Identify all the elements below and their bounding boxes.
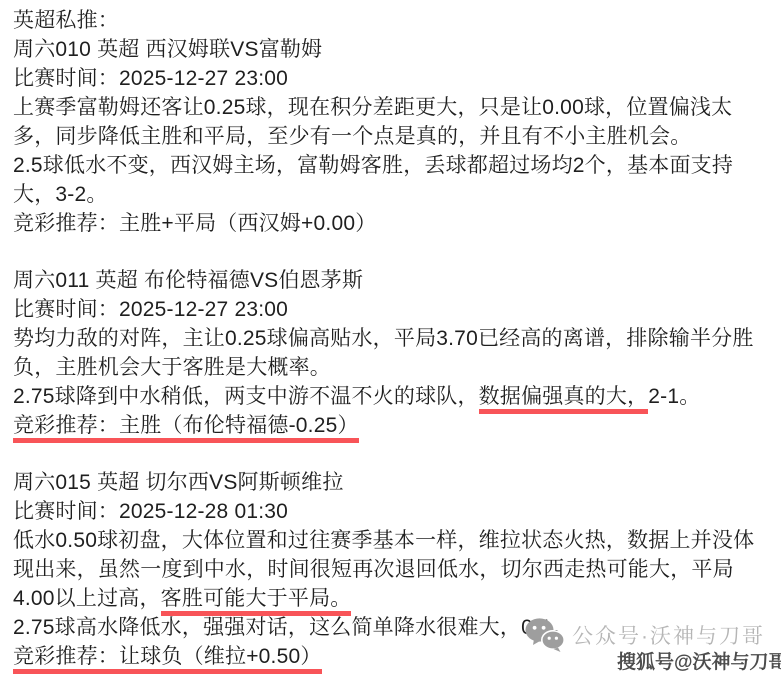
match-recommendation: 竞彩推荐：主胜（布伦特福德-0.25） bbox=[13, 411, 770, 440]
highlighted-recommendation: 竞彩推荐：让球负（维拉+0.50） bbox=[13, 645, 322, 674]
highlighted-recommendation: 竞彩推荐：主胜（布伦特福德-0.25） bbox=[13, 414, 359, 443]
match-analysis: 上赛季富勒姆还客让0.25球，现在积分差距更大，只是让0.00球，位置偏浅太多，… bbox=[13, 93, 770, 151]
match-section-010: 周六010 英超 西汉姆联VS富勒姆 比赛时间：2025-12-27 23:00… bbox=[13, 35, 770, 238]
match-section-011: 周六011 英超 布伦特福德VS伯恩茅斯 比赛时间：2025-12-27 23:… bbox=[13, 266, 770, 440]
wechat-watermark-text: 公众号·沃神与刀哥 bbox=[572, 620, 765, 650]
match-title: 周六015 英超 切尔西VS阿斯顿维拉 bbox=[13, 468, 770, 497]
analysis-text: 2-1。 bbox=[648, 385, 700, 408]
match-analysis: 低水0.50球初盘，大体位置和过往赛季基本一样，维拉状态火热，数据上并没体现出来… bbox=[13, 526, 770, 613]
article-body: 英超私推： 周六010 英超 西汉姆联VS富勒姆 比赛时间：2025-12-27… bbox=[13, 6, 770, 671]
analysis-text: 低水0.50球初盘，大体位置和过往赛季基本一样，维拉状态火热，数据上并没体现出来… bbox=[13, 529, 754, 610]
match-recommendation: 竞彩推荐：主胜+平局（西汉姆+0.00） bbox=[13, 209, 770, 238]
article-header: 英超私推： bbox=[13, 6, 770, 35]
match-analysis: 2.75球降到中水稍低，两支中游不温不火的球队，数据偏强真的大，2-1。 bbox=[13, 382, 770, 411]
match-analysis: 2.5球低水不变，西汉姆主场，富勒姆客胜，丢球都超过场均2个，基本面支持大，3-… bbox=[13, 151, 770, 209]
match-analysis: 势均力敌的对阵，主让0.25球偏高贴水，平局3.70已经高的离谱，排除输半分胜负… bbox=[13, 324, 770, 382]
match-time: 比赛时间：2025-12-27 23:00 bbox=[13, 295, 770, 324]
match-time: 比赛时间：2025-12-28 01:30 bbox=[13, 497, 770, 526]
match-title: 周六010 英超 西汉姆联VS富勒姆 bbox=[13, 35, 770, 64]
analysis-text: 2.75球降到中水稍低，两支中游不温不火的球队， bbox=[13, 385, 479, 408]
wechat-icon bbox=[525, 617, 565, 653]
highlighted-text: 数据偏强真的大， bbox=[479, 385, 649, 414]
article-page: { "colors": { "text": "#1f1f1f", "underl… bbox=[0, 0, 781, 675]
highlighted-text: 客胜可能大于平局。 bbox=[161, 587, 352, 616]
match-time: 比赛时间：2025-12-27 23:00 bbox=[13, 64, 770, 93]
match-title: 周六011 英超 布伦特福德VS伯恩茅斯 bbox=[13, 266, 770, 295]
sohu-watermark: 搜狐号@沃神与刀哥 bbox=[617, 647, 781, 674]
